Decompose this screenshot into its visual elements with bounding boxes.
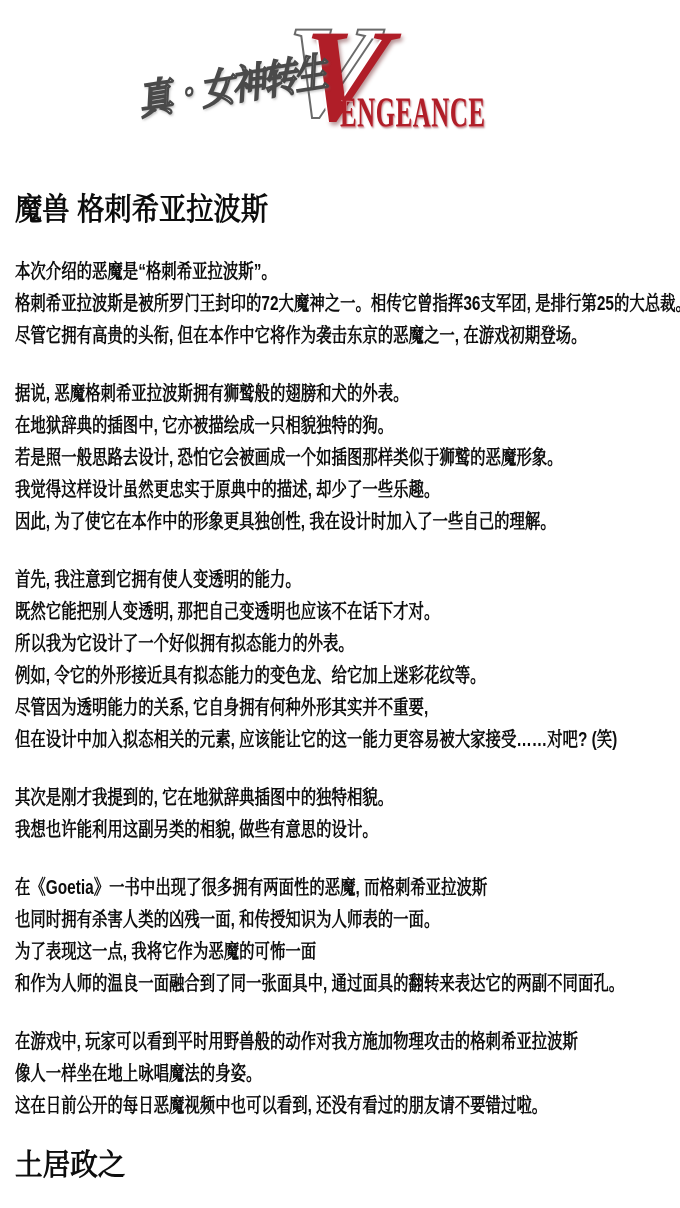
smt-v-vengeance-logo: V V 真・女神转生 ENGEANCE bbox=[0, 0, 680, 192]
body-line: 据说, 恶魔格刺希亚拉波斯拥有狮鹫般的翅膀和犬的外表。 bbox=[15, 378, 516, 410]
body-line: 尽管因为透明能力的关系, 它自身拥有何种外形其实并不重要, bbox=[15, 692, 516, 724]
body-line: 因此, 为了使它在本作中的形象更具独创性, 我在设计时加入了一些自己的理解。 bbox=[15, 506, 516, 538]
body-line: 若是照一般思路去设计, 恐怕它会被画成一个如插图那样类似于狮鹫的恶魔形象。 bbox=[15, 442, 516, 474]
body-line: 像人一样坐在地上咏唱魔法的身姿。 bbox=[15, 1058, 516, 1090]
paragraph-ingame: 在游戏中, 玩家可以看到平时用野兽般的动作对我方施加物理攻击的格刺希亚拉波斯 像… bbox=[15, 1026, 665, 1122]
body-line: 在《Goetia》一书中出现了很多拥有两面性的恶魔, 而格刺希亚拉波斯 bbox=[15, 872, 516, 904]
logo-subtitle: ENGEANCE bbox=[340, 92, 486, 134]
paragraph-intro: 本次介绍的恶魔是“格刺希亚拉波斯”。 格刺希亚拉波斯是被所罗门王封印的72大魔神… bbox=[15, 256, 665, 352]
article-page: V V 真・女神转生 ENGEANCE 魔兽 格刺希亚拉波斯 本次介绍的恶魔是“… bbox=[0, 0, 680, 1208]
body-line: 既然它能把别人变透明, 那把自己变透明也应该不在话下才对。 bbox=[15, 596, 516, 628]
body-line: 其次是刚才我提到的, 它在地狱辞典插图中的独特相貌。 bbox=[15, 782, 516, 814]
body-line: 但在设计中加入拟态相关的元素, 应该能让它的这一能力更容易被大家接受……对吧? … bbox=[15, 724, 516, 756]
body-line: 首先, 我注意到它拥有使人变透明的能力。 bbox=[15, 564, 516, 596]
paragraph-appearance: 据说, 恶魔格刺希亚拉波斯拥有狮鹫般的翅膀和犬的外表。 在地狱辞典的插图中, 它… bbox=[15, 378, 665, 538]
body-line: 这在日前公开的每日恶魔视频中也可以看到, 还没有看过的朋友请不要错过啦。 bbox=[15, 1090, 516, 1122]
body-line: 和作为人师的温良一面融合到了同一张面具中, 通过面具的翻转来表达它的两副不同面孔… bbox=[15, 968, 516, 1000]
body-line: 所以我为它设计了一个好似拥有拟态能力的外表。 bbox=[15, 628, 516, 660]
body-line: 为了表现这一点, 我将它作为恶魔的可怖一面 bbox=[15, 936, 516, 968]
article-title: 魔兽 格刺希亚拉波斯 bbox=[15, 192, 587, 228]
body-line: 我想也许能利用这副另类的相貌, 做些有意思的设计。 bbox=[15, 814, 516, 846]
body-line: 例如, 令它的外形接近具有拟态能力的变色龙、给它加上迷彩花纹等。 bbox=[15, 660, 516, 692]
body-line: 在游戏中, 玩家可以看到平时用野兽般的动作对我方施加物理攻击的格刺希亚拉波斯 bbox=[15, 1026, 516, 1058]
body-line: 本次介绍的恶魔是“格刺希亚拉波斯”。 bbox=[15, 256, 516, 288]
body-line: 格刺希亚拉波斯是被所罗门王封印的72大魔神之一。相传它曾指挥36支军团, 是排行… bbox=[15, 288, 516, 320]
body-line: 在地狱辞典的插图中, 它亦被描绘成一只相貌独特的狗。 bbox=[15, 410, 516, 442]
paragraph-invisibility: 首先, 我注意到它拥有使人变透明的能力。 既然它能把别人变透明, 那把自己变透明… bbox=[15, 564, 665, 756]
body-line: 尽管它拥有高贵的头衔, 但在本作中它将作为袭击东京的恶魔之一, 在游戏初期登场。 bbox=[15, 320, 516, 352]
body-line: 我觉得这样设计虽然更忠实于原典中的描述, 却少了一些乐趣。 bbox=[15, 474, 516, 506]
body-line: 也同时拥有杀害人类的凶残一面, 和传授知识为人师表的一面。 bbox=[15, 904, 516, 936]
author-signature: 土居政之 bbox=[15, 1148, 613, 1184]
paragraph-goetia: 在《Goetia》一书中出现了很多拥有两面性的恶魔, 而格刺希亚拉波斯 也同时拥… bbox=[15, 872, 665, 1000]
article-body: 魔兽 格刺希亚拉波斯 本次介绍的恶魔是“格刺希亚拉波斯”。 格刺希亚拉波斯是被所… bbox=[0, 192, 680, 1184]
paragraph-unique-face: 其次是刚才我提到的, 它在地狱辞典插图中的独特相貌。 我想也许能利用这副另类的相… bbox=[15, 782, 665, 846]
